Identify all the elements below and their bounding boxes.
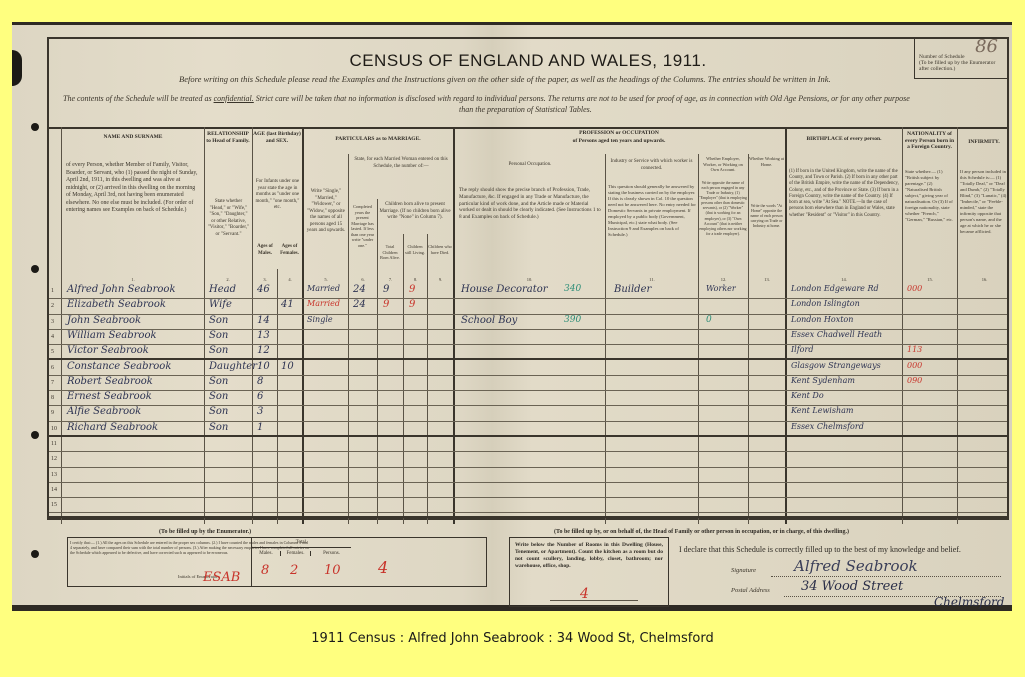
table-row: William SeabrookSon13Essex Chadwell Heat… [49,330,1007,345]
form-title: CENSUS OF ENGLAND AND WALES, 1911. [49,51,1007,71]
header-birthplace: BIRTHPLACE of every person. [787,136,901,143]
census-scan: CENSUS OF ENGLAND AND WALES, 1911. Befor… [12,22,1012,611]
header-home-text: Write the words "At Home" opposite the n… [749,204,784,229]
table-row: Elizabeth SeabrookWife41Married2499Londo… [49,299,1007,314]
employment-status: 0 [706,315,712,325]
table-row: 14 [49,483,1007,498]
birthplace: Kent Sydenham [791,376,855,385]
children-living: 9 [409,299,415,310]
instruction-line-2: The contents of the Schedule will be tre… [63,94,963,103]
age-male: 14 [257,315,270,326]
row-number: 11 [51,441,57,447]
row-number: 8 [51,395,54,401]
rooms-box: Write below the Number of Rooms in this … [509,537,669,607]
table-row: John SeabrookSon14SingleSchool Boy3900Lo… [49,315,1007,330]
relationship: Daughter [209,361,257,372]
header-children-total: Total Children Born Alive. [378,244,402,261]
birthplace: London Islington [791,299,860,308]
header-name: NAME AND SURNAME [63,134,203,141]
instruction-line-1: Before writing on this Schedule please r… [179,74,831,84]
table-row: 11 [49,437,1007,452]
row-number: 5 [51,349,54,355]
years-married: 24 [353,299,366,310]
age-male: 13 [257,330,270,341]
image-caption: 1911 Census : Alfred John Seabrook : 34 … [0,631,1025,646]
person-name: Alfie Seabrook [67,406,141,417]
birthplace-code: 090 [907,376,922,385]
industry: Builder [614,284,651,295]
header-relationship-text: State whether "Head," or "Wife," "Son," … [207,199,250,238]
head-section-title: (To be filled up by, or on behalf of, th… [554,529,849,535]
row-number: 14 [51,487,57,493]
header-marriage-condition: Write "Single," "Married," "Widower," or… [305,189,347,235]
binder-clip [12,50,22,86]
footer-rule [49,516,1007,518]
age-male: 46 [257,284,270,295]
rooms-instructions: Write below the Number of Rooms in this … [515,542,663,570]
header-employer-text: Write opposite the name of each person e… [699,181,747,237]
years-married: 24 [353,284,366,295]
header-infirmity: INFIRMITY. [958,139,1010,146]
header-age: AGE (last Birthday) and SEX. [253,131,301,144]
header-personal-occupation: Personal Occupation. [457,162,603,169]
header-marriage-sub: State, for each Married Woman entered on… [351,157,451,170]
schedule-number: 86 [975,36,998,57]
table-row: Victor SeabrookSon12Ilford1135 [49,345,1007,360]
relationship: Son [209,406,228,417]
header-industry: Industry or Service with which worker is… [607,159,696,172]
row-number: 1 [51,288,54,294]
row-number: 13 [51,472,57,478]
relationship: Son [209,330,228,341]
header-occupation: PROFESSION or OCCUPATION [454,130,784,137]
postal-town: Chelmsford [934,595,1004,609]
relationship: Head [209,284,236,295]
table-row: 13 [49,468,1007,483]
row-number: 9 [51,410,54,416]
table-row: Richard SeabrookSon1Essex Chelmsford10 [49,422,1007,437]
header-industry-text: This question should generally be answer… [608,184,696,238]
table-row: Constance SeabrookDaughter1010Glasgow St… [49,361,1007,376]
enumerator-initials: ESAB [203,570,240,585]
person-name: Victor Seabrook [67,345,149,356]
birthplace: Ilford [791,345,813,354]
occupation-code: 340 [564,284,581,294]
header-home: Whether Working at Home. [749,156,784,167]
header-name-text: of every Person, whether Member of Famil… [66,162,201,215]
relationship: Son [209,391,228,402]
total-persons: 10 [324,563,341,578]
birthplace: Essex Chelmsford [791,422,864,431]
row-number: 10 [51,426,57,432]
header-infirmity-text: If any person included in this Schedule … [960,169,1008,235]
occupation: School Boy [461,315,517,326]
table-row: 15 [49,498,1007,513]
table-row: Alfie SeabrookSon3Kent Lewisham9 [49,406,1007,421]
birthplace-code: 000 [907,284,922,293]
row-number: 3 [51,319,54,325]
header-marriage: PARTICULARS as to MARRIAGE. [304,136,452,143]
children-born: 9 [383,284,389,295]
total-females: 2 [290,563,298,578]
header-relationship: RELATIONSHIP to Head of Family. [205,131,251,144]
age-male: 3 [257,406,263,417]
person-name: Robert Seabrook [67,376,153,387]
birthplace: Kent Do [791,391,824,400]
confidential-word: confidential. [214,94,254,103]
totals-box: Total. Males. Females. Persons. 8 2 10 [251,538,351,586]
occupation: House Decorator [461,284,548,295]
person-name: Richard Seabrook [67,422,158,433]
relationship: Son [209,376,228,387]
row-number: 12 [51,456,57,462]
person-name: William Seabrook [67,330,157,341]
declaration: I declare that this Schedule is correctl… [679,545,961,554]
signature: Alfred Seabrook [794,557,918,575]
header-children: Children born alive to present Marriage.… [379,202,451,222]
age-female: 10 [281,361,294,372]
age-male: 10 [257,361,270,372]
signature-label: Signature [731,567,756,574]
birthplace-code: 000 [907,361,922,370]
age-male: 12 [257,345,270,356]
enumerator-box: I certify that:— (1.) All the ages on th… [67,537,487,587]
punch-hole [31,123,39,131]
relationship: Son [209,345,228,356]
age-female: 41 [281,299,294,310]
birthplace: Essex Chadwell Heath [791,330,882,339]
header-nationality: NATIONALITY of every Person born in a Fo… [903,131,956,151]
children-living: 9 [409,284,415,295]
person-name: Constance Seabrook [67,361,171,372]
row-number: 2 [51,303,54,309]
birthplace: London Hoxton [791,315,853,324]
person-name: Elizabeth Seabrook [67,299,166,310]
header-age-males: Ages of Males. [254,244,276,257]
relationship: Son [209,315,228,326]
postal-address-label: Postal Address [731,587,770,594]
header-children-living: Children still Living. [404,244,426,255]
header-nationality-text: State whether:— (1) "British subject by … [905,169,955,223]
instruction-line-3: than the preparation of Statistical Tabl… [459,105,592,114]
marital-condition: Married [307,284,340,293]
relationship: Son [209,422,228,433]
table-row: Robert SeabrookSon8Kent Sydenham0907 [49,376,1007,391]
row-number: 7 [51,380,54,386]
header-age-females: Ages of Females. [278,244,301,257]
header-employer: Whether Employer, Worker, or Working on … [699,156,747,173]
total-males: 8 [261,563,269,578]
enumerator-title: (To be filled up by the Enumerator.) [159,529,251,535]
person-name: Ernest Seabrook [67,391,152,402]
age-male: 1 [257,422,263,433]
header-age-text: For Infants under one year state the age… [255,179,300,212]
table-row: Alfred John SeabrookHead46Married2499Hou… [49,284,1007,299]
schedule-number-box: Number of Schedule (To be filled up by t… [914,37,1009,79]
occupation-code: 390 [564,315,581,325]
header-rule [49,127,1007,129]
header-occupation-sub: of Persons aged ten years and upwards. [454,138,784,145]
person-name: Alfred John Seabrook [67,284,176,295]
punch-hole [31,550,39,558]
birthplace: Glasgow Strangeways [791,361,881,370]
children-born: 9 [383,299,389,310]
employment-status: Worker [706,284,736,293]
header-children-died: Children who have Died. [428,244,452,255]
rooms-mark: 4 [378,558,388,577]
header-personal-text: The reply should show the precise branch… [459,187,602,221]
birthplace: Kent Lewisham [791,406,853,415]
birthplace: London Edgeware Rd [791,284,879,293]
header-marriage-years: Completed years the present Marriage has… [349,204,376,249]
header-birthplace-text: (1) If born in the United Kingdom, write… [789,169,900,219]
age-male: 6 [257,391,263,402]
birthplace-code: 113 [907,345,922,354]
row-number: 15 [51,502,57,508]
row-number: 4 [51,334,54,340]
postal-address: 34 Wood Street [801,579,903,594]
row-number: 6 [51,365,54,371]
marital-condition: Married [307,299,340,308]
table-row: Ernest SeabrookSon6Kent Do8 [49,391,1007,406]
census-form: CENSUS OF ENGLAND AND WALES, 1911. Befor… [47,37,1009,520]
relationship: Wife [209,299,232,310]
punch-hole [31,431,39,439]
age-male: 8 [257,376,263,387]
table-row: 12 [49,452,1007,467]
person-name: John Seabrook [67,315,141,326]
punch-hole [31,265,39,273]
marital-condition: Single [307,315,333,324]
